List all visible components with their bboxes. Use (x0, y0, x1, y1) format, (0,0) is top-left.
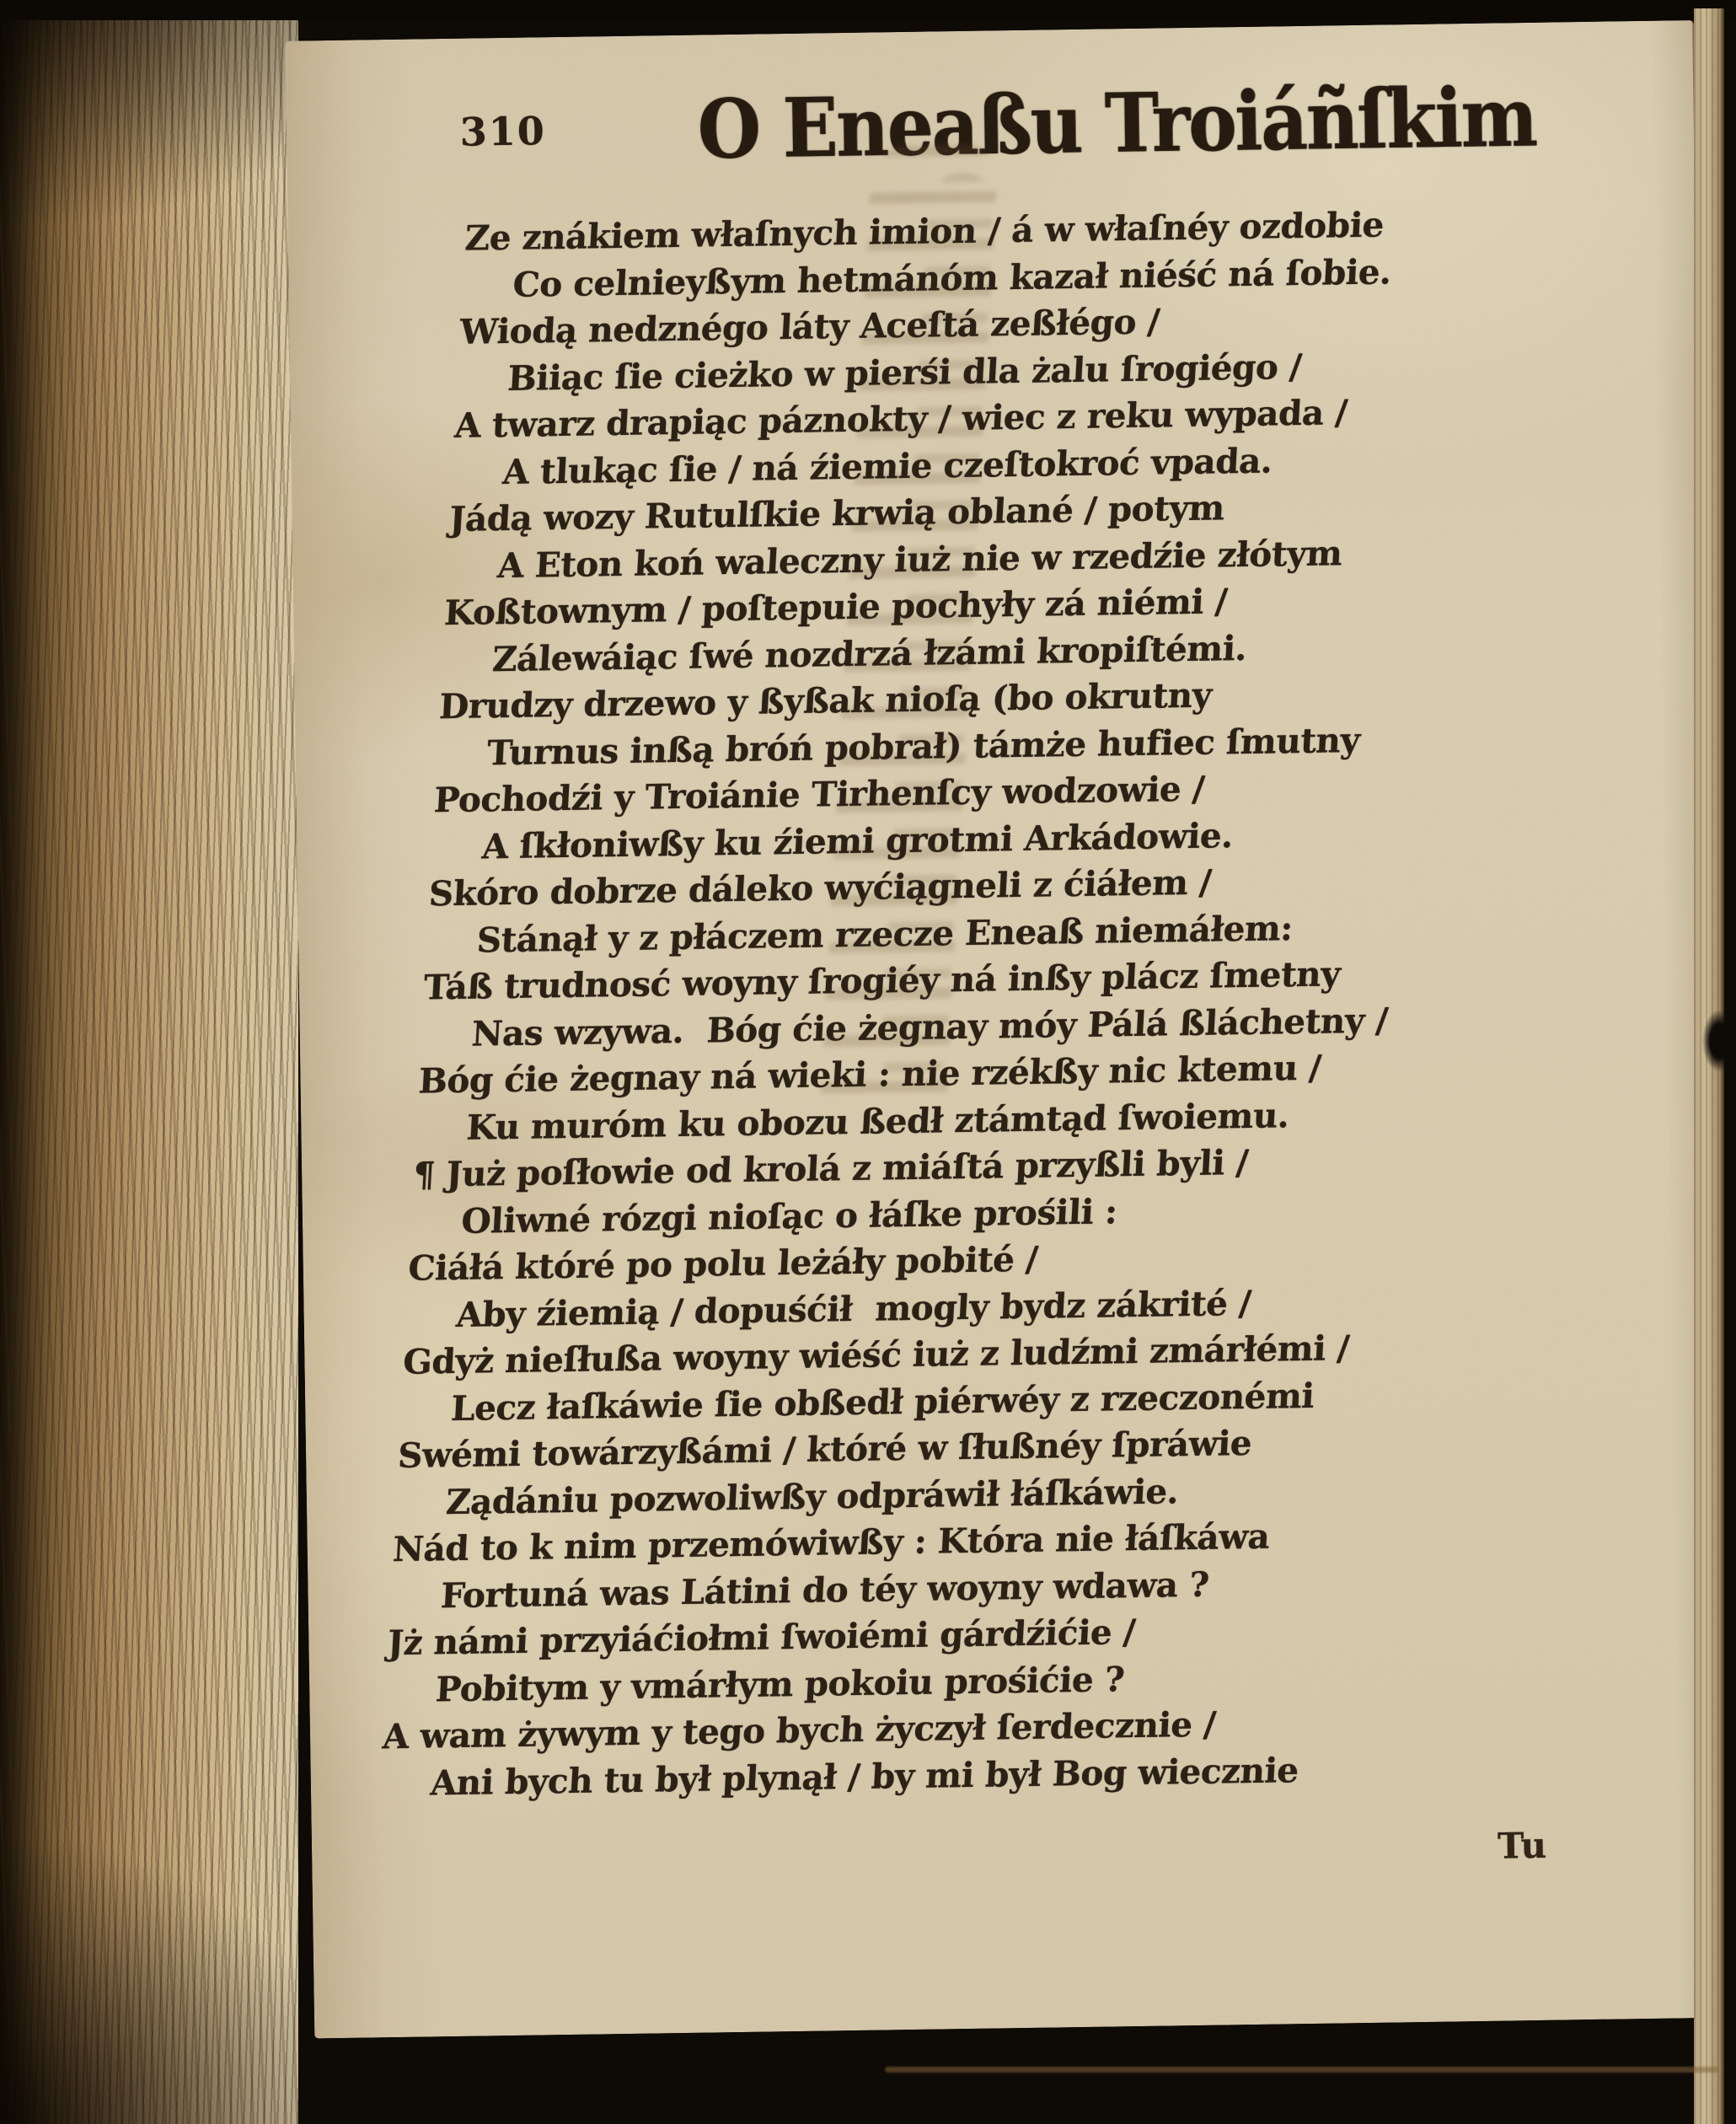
running-title: O Eneaßu Troiáñſkim (697, 70, 1536, 178)
page-number: 310 (459, 108, 546, 155)
scan-dark-mark (1702, 1010, 1736, 1072)
verse-lines: Ze znákiem właſnych imion / á w właſnéy … (200, 199, 1602, 1810)
book-cover-edge (885, 2067, 1719, 2073)
scan-background-top (0, 0, 1736, 20)
catchword: Tu (1498, 1825, 1547, 1867)
book-page: 310 O Eneaßu Troiáñſkim Ze znákiem właſn… (285, 20, 1723, 2039)
